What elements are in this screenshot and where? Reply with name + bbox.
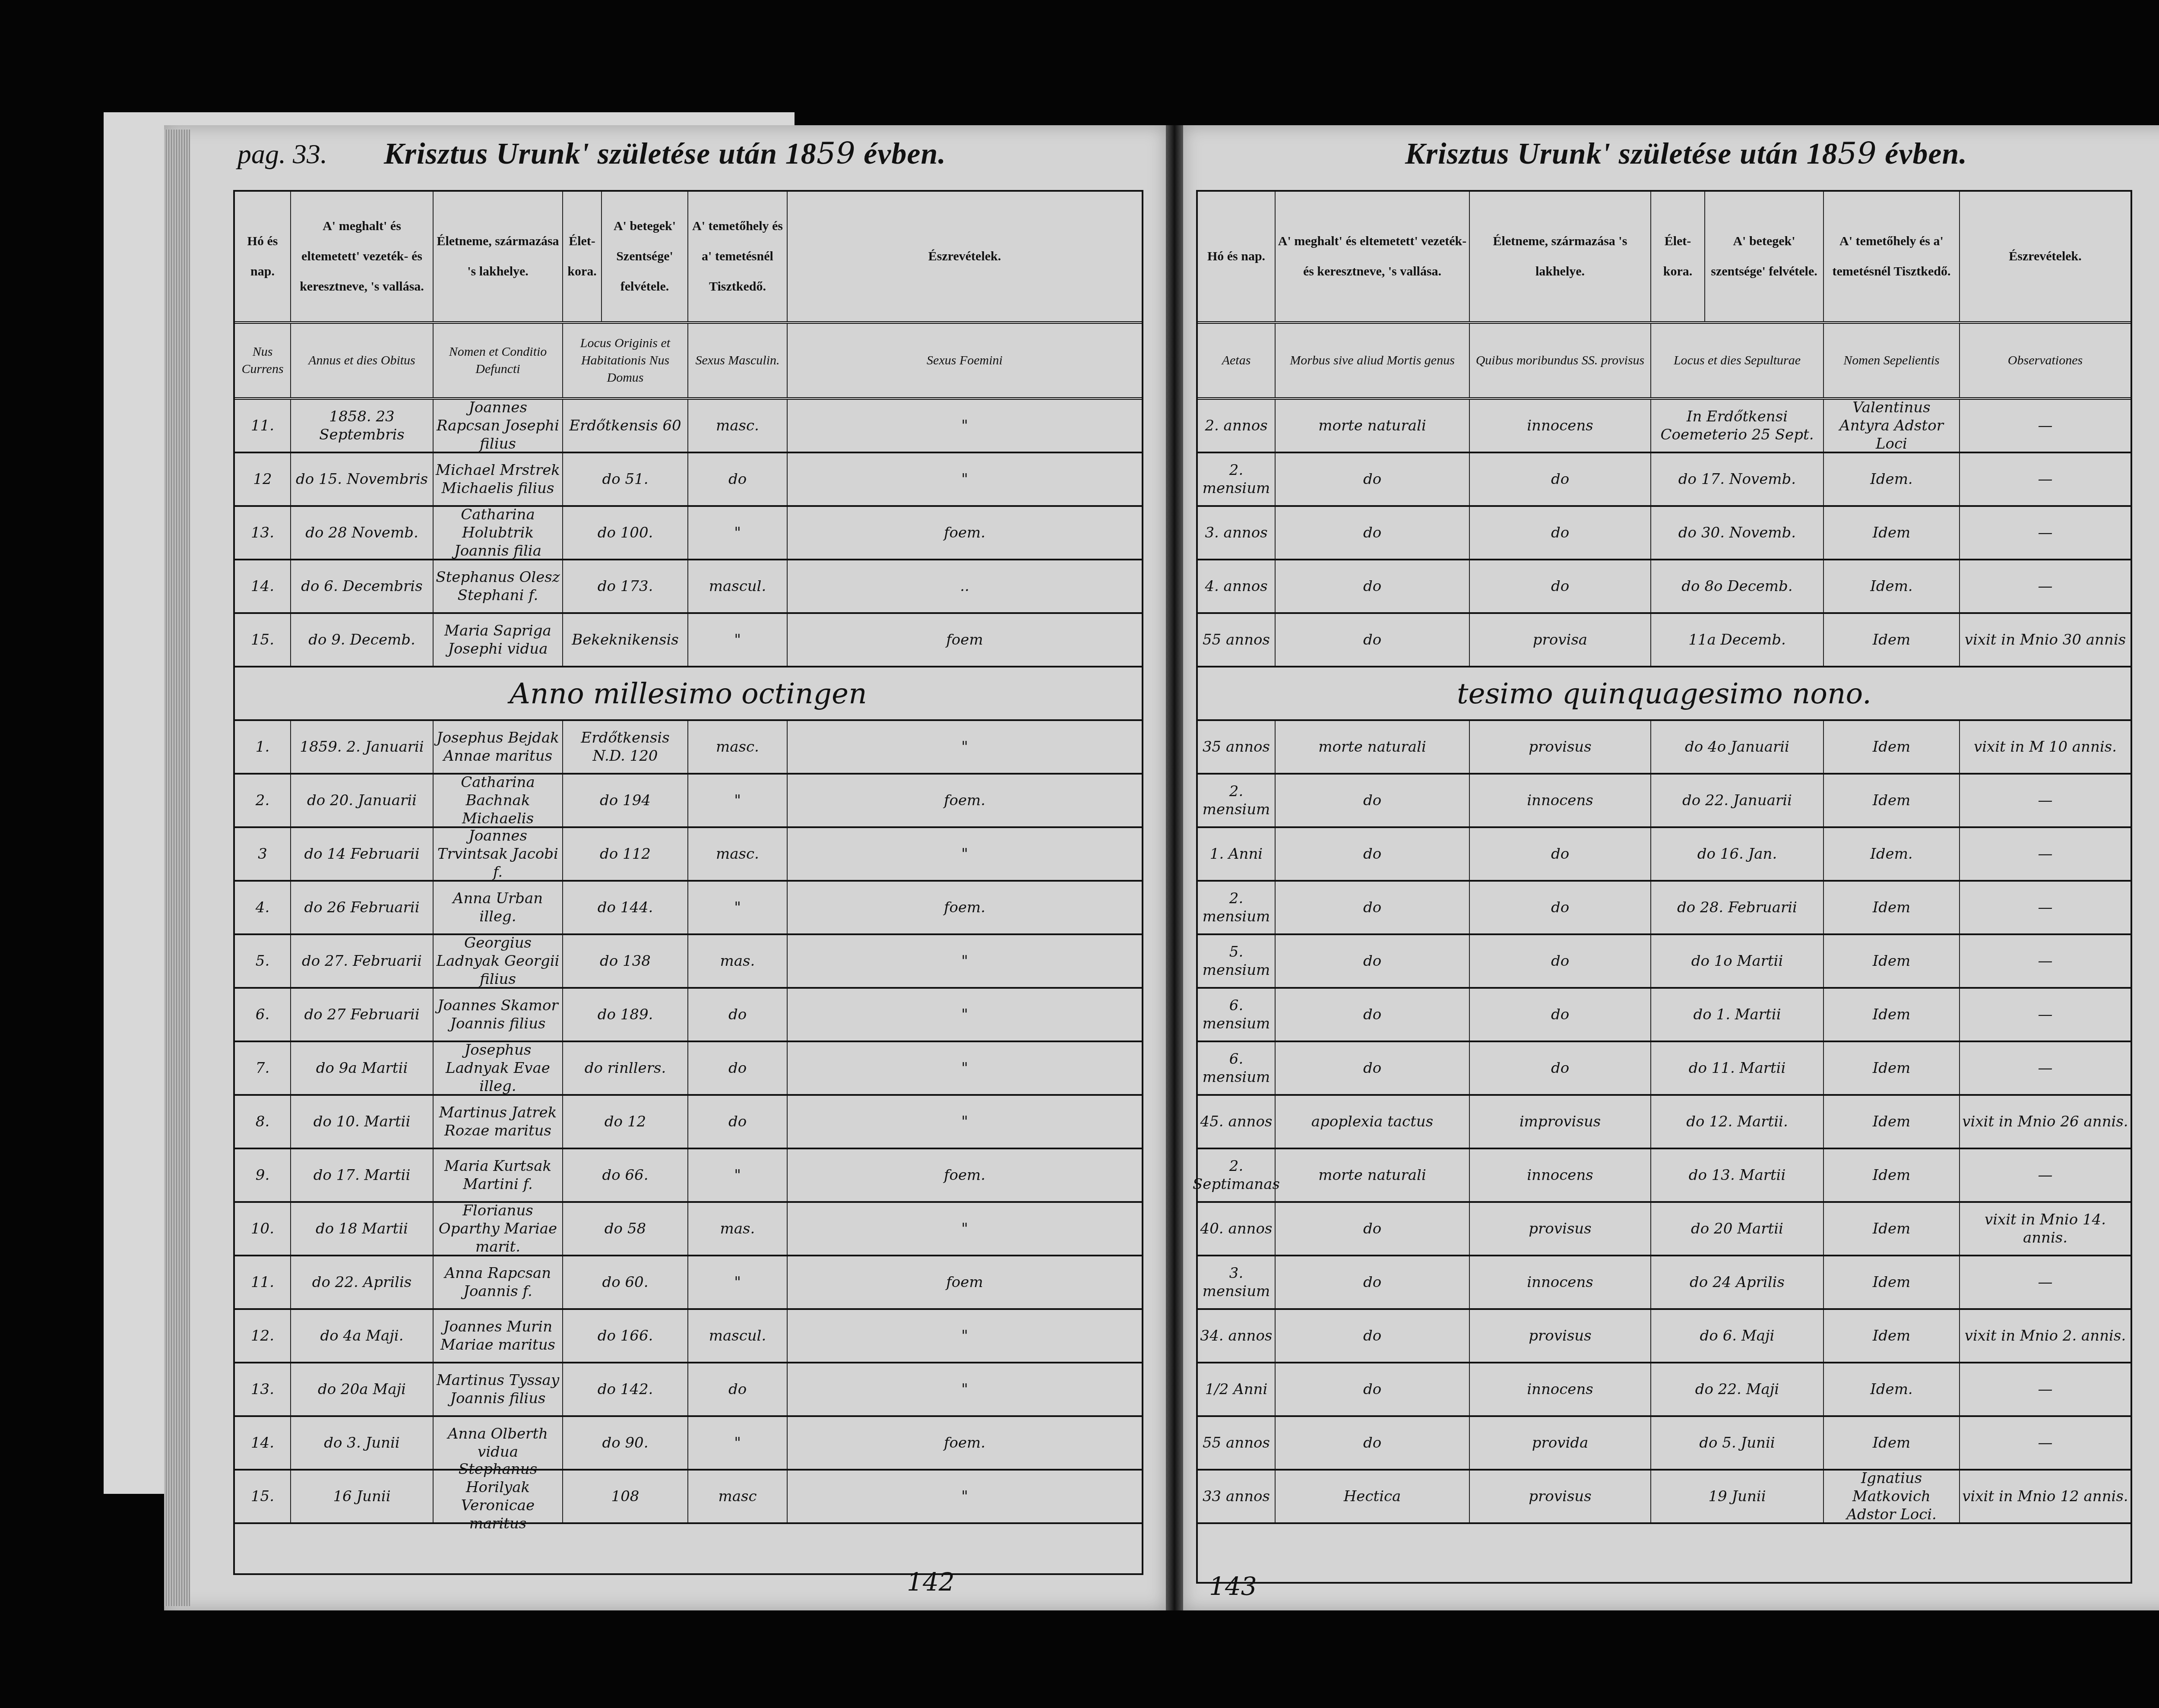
table-row: 13.do 28 Novemb.Catharina Holubtrik Joan… <box>235 507 1142 560</box>
cell-burial: do 20 Martii <box>1651 1203 1824 1255</box>
cell-age: 34. annos <box>1198 1310 1276 1362</box>
cell-priest: Idem. <box>1824 828 1960 880</box>
cell-masc: do <box>688 1096 788 1148</box>
cell-burial: do 17. Novemb. <box>1651 453 1824 505</box>
cell-loc: do 112 <box>563 828 688 880</box>
header-cell: Észrevételek. <box>788 192 1142 321</box>
cell-no: 10. <box>235 1203 291 1255</box>
cell-prov: do <box>1470 935 1651 987</box>
cell-masc: masc. <box>688 721 788 773</box>
cell-priest: Idem <box>1824 507 1960 559</box>
cell-priest: Idem <box>1824 1417 1960 1469</box>
cell-masc: masc. <box>688 400 788 452</box>
cell-no: 12. <box>235 1310 291 1362</box>
cell-priest: Idem <box>1824 989 1960 1041</box>
cell-masc: masc. <box>688 828 788 880</box>
cell-date: do 9. Decemb. <box>291 614 434 666</box>
cell-date: do 9a Martii <box>291 1042 434 1094</box>
cell-prov: do <box>1470 453 1651 505</box>
cell-name: Stephanus Horilyak Veronicae maritus <box>434 1471 563 1522</box>
cell-prov: innocens <box>1470 1149 1651 1201</box>
cell-fem: " <box>788 400 1142 452</box>
right-page: 79 Krisztus Urunk' születése után 1859 é… <box>1183 125 2159 1610</box>
header-cell: Észrevételek. <box>1960 192 2131 321</box>
cell-no: 6. <box>235 989 291 1041</box>
table-row: 1. Annidododo 16. Jan.Idem.— <box>1198 828 2131 882</box>
cell-burial: 11a Decemb. <box>1651 614 1824 666</box>
cell-cause: do <box>1276 507 1470 559</box>
cell-no: 9. <box>235 1149 291 1201</box>
cell-masc: do <box>688 989 788 1041</box>
table-row: 15.16 JuniiStephanus Horilyak Veronicae … <box>235 1471 1142 1524</box>
latin-header-cell: Locus Originis et Habitationis Nus Domus <box>563 324 688 397</box>
cell-date: do 27. Februarii <box>291 935 434 987</box>
cell-date: do 10. Martii <box>291 1096 434 1148</box>
cell-cause: do <box>1276 775 1470 826</box>
cell-masc: do <box>688 1363 788 1415</box>
cell-prov: do <box>1470 507 1651 559</box>
cell-masc: mas. <box>688 1203 788 1255</box>
cell-burial: In Erdőtkensi Coemeterio 25 Sept. <box>1651 400 1824 452</box>
cell-cause: Hectica <box>1276 1471 1470 1522</box>
cell-priest: Idem. <box>1824 1363 1960 1415</box>
cell-cause: apoplexia tactus <box>1276 1096 1470 1148</box>
cell-date: do 18 Martii <box>291 1203 434 1255</box>
title-year: 59 <box>1838 136 1877 171</box>
table-row: 6. mensiumdododo 11. MartiiIdem— <box>1198 1042 2131 1096</box>
table-row: 10.do 18 MartiiFlorianus Oparthy Mariae … <box>235 1203 1142 1256</box>
table-row: 13.do 20a MajiMartinus Tyssay Joannis fi… <box>235 1363 1142 1417</box>
cell-priest: Idem <box>1824 1256 1960 1308</box>
latin-header-cell: Nomen Sepelientis <box>1824 324 1960 397</box>
cell-cause: do <box>1276 828 1470 880</box>
cell-obs: — <box>1960 828 2131 880</box>
cell-prov: do <box>1470 1042 1651 1094</box>
cell-obs: vixit in Mnio 2. annis. <box>1960 1310 2131 1362</box>
folio-number: 143 <box>1209 1572 1257 1601</box>
latin-header-cell: Quibus moribundus SS. provisus <box>1470 324 1651 397</box>
cell-burial: do 4o Januarii <box>1651 721 1824 773</box>
printed-header-row: Hó és nap. A' meghalt' és eltemetett' ve… <box>235 192 1142 324</box>
header-cell: Életneme, származása 's lakhelye. <box>1470 192 1651 321</box>
cell-burial: do 28. Februarii <box>1651 882 1824 933</box>
cell-name: Joannes Trvintsak Jacobi f. <box>434 828 563 880</box>
cell-age: 2. mensium <box>1198 453 1276 505</box>
header-cell: A' meghalt' és eltemetett' vezeték- és k… <box>291 192 434 321</box>
cell-cause: do <box>1276 989 1470 1041</box>
cell-cause: do <box>1276 1417 1470 1469</box>
cell-age: 45. annos <box>1198 1096 1276 1148</box>
table-row: 2. mensiumdododo 28. FebruariiIdem— <box>1198 882 2131 935</box>
header-cell: A' betegek' szentsége' felvétele. <box>1705 192 1824 321</box>
header-cell: A' temetőhely és a' temetésnél Tisztkedő… <box>688 192 788 321</box>
cell-obs: — <box>1960 453 2131 505</box>
cell-prov: improvisus <box>1470 1096 1651 1148</box>
table-row: 40. annosdoprovisusdo 20 MartiiIdemvixit… <box>1198 1203 2131 1256</box>
table-row: 12do 15. NovembrisMichael Mrstrek Michae… <box>235 453 1142 507</box>
cell-name: Catharina Bachnak Michaelis <box>434 775 563 826</box>
cell-name: Josephus Ladnyak Evae illeg. <box>434 1042 563 1094</box>
cell-loc: do 60. <box>563 1256 688 1308</box>
cell-no: 13. <box>235 1363 291 1415</box>
cell-obs: vixit in Mnio 30 annis <box>1960 614 2131 666</box>
cell-name: Catharina Holubtrik Joannis filia <box>434 507 563 559</box>
rows-1858: 11.1858. 23 SeptembrisJoannes Rapcsan Jo… <box>235 400 1142 667</box>
title-text: Krisztus Urunk' születése után 18 <box>1405 137 1838 171</box>
cell-masc: do <box>688 1042 788 1094</box>
cell-prov: innocens <box>1470 400 1651 452</box>
rows-1858: 2. annosmorte naturaliinnocensIn Erdőtke… <box>1198 400 2131 667</box>
cell-loc: do 189. <box>563 989 688 1041</box>
page-title: Krisztus Urunk' születése után 1859 évbe… <box>164 136 1166 171</box>
cell-date: do 4a Maji. <box>291 1310 434 1362</box>
latin-header-cell: Aetas <box>1198 324 1276 397</box>
cell-no: 12 <box>235 453 291 505</box>
cell-loc: do 51. <box>563 453 688 505</box>
cell-prov: do <box>1470 882 1651 933</box>
table-row: 11.do 22. AprilisAnna Rapcsan Joannis f.… <box>235 1256 1142 1310</box>
cell-date: 1859. 2. Januarii <box>291 721 434 773</box>
cell-cause: do <box>1276 1310 1470 1362</box>
cell-priest: Ignatius Matkovich Adstor Loci. <box>1824 1471 1960 1522</box>
cell-obs: — <box>1960 1417 2131 1469</box>
cell-no: 4. <box>235 882 291 933</box>
latin-header-row: Aetas Morbus sive aliud Mortis genus Qui… <box>1198 324 2131 400</box>
table-row: 3do 14 FebruariiJoannes Trvintsak Jacobi… <box>235 828 1142 882</box>
cell-burial: do 11. Martii <box>1651 1042 1824 1094</box>
cell-priest: Idem <box>1824 1042 1960 1094</box>
cell-masc: " <box>688 614 788 666</box>
cell-date: do 20. Januarii <box>291 775 434 826</box>
cell-prov: provida <box>1470 1417 1651 1469</box>
table-row: 12.do 4a Maji.Joannes Murin Mariae marit… <box>235 1310 1142 1363</box>
cell-burial: do 22. Maji <box>1651 1363 1824 1415</box>
cell-fem: " <box>788 1471 1142 1522</box>
cell-age: 3. annos <box>1198 507 1276 559</box>
cell-obs: — <box>1960 882 2131 933</box>
cell-age: 5. mensium <box>1198 935 1276 987</box>
cell-no: 14. <box>235 560 291 612</box>
cell-no: 3 <box>235 828 291 880</box>
cell-loc: do 90. <box>563 1417 688 1469</box>
folio-number: 142 <box>907 1567 955 1597</box>
cell-obs: — <box>1960 400 2131 452</box>
table-row: 5.do 27. FebruariiGeorgius Ladnyak Georg… <box>235 935 1142 989</box>
table-row: 14.do 6. DecembrisStephanus Olesz Stepha… <box>235 560 1142 614</box>
table-row: 33 annosHecticaprovisus19 JuniiIgnatius … <box>1198 1471 2131 1524</box>
cell-date: do 20a Maji <box>291 1363 434 1415</box>
cell-date: 16 Junii <box>291 1471 434 1522</box>
latin-header-cell: Annus et dies Obitus <box>291 324 434 397</box>
cell-obs: vixit in Mnio 14. annis. <box>1960 1203 2131 1255</box>
cell-age: 40. annos <box>1198 1203 1276 1255</box>
cell-age: 2. mensium <box>1198 882 1276 933</box>
cell-loc: 108 <box>563 1471 688 1522</box>
cell-cause: do <box>1276 1363 1470 1415</box>
cell-burial: do 6. Maji <box>1651 1310 1824 1362</box>
cell-obs: — <box>1960 560 2131 612</box>
cell-loc: Erdőtkensis N.D. 120 <box>563 721 688 773</box>
cell-prov: provisus <box>1470 721 1651 773</box>
cell-masc: masc <box>688 1471 788 1522</box>
cell-cause: do <box>1276 935 1470 987</box>
cell-no: 14. <box>235 1417 291 1469</box>
table-row: 6.do 27 FebruariiJoannes Skamor Joannis … <box>235 989 1142 1042</box>
cell-name: Joannes Rapcsan Josephi filius <box>434 400 563 452</box>
cell-cause: do <box>1276 1256 1470 1308</box>
cell-date: do 26 Februarii <box>291 882 434 933</box>
cell-date: 1858. 23 Septembris <box>291 400 434 452</box>
latin-header-cell: Locus et dies Sepulturae <box>1651 324 1824 397</box>
cell-fem: foem. <box>788 1149 1142 1201</box>
cell-fem: foem. <box>788 1417 1142 1469</box>
cell-loc: do rinllers. <box>563 1042 688 1094</box>
latin-header-cell: Sexus Masculin. <box>688 324 788 397</box>
cell-loc: Bekeknikensis <box>563 614 688 666</box>
cell-prov: do <box>1470 560 1651 612</box>
cell-no: 15. <box>235 614 291 666</box>
title-suffix: évben. <box>1877 137 1967 171</box>
title-year: 59 <box>817 136 856 171</box>
cell-age: 55 annos <box>1198 614 1276 666</box>
cell-fem: " <box>788 1203 1142 1255</box>
cell-name: Joannes Skamor Joannis filius <box>434 989 563 1041</box>
cell-obs: — <box>1960 1363 2131 1415</box>
cell-name: Josephus Bejdak Annae maritus <box>434 721 563 773</box>
cell-date: do 3. Junii <box>291 1417 434 1469</box>
table-row: 8.do 10. MartiiMartinus Jatrek Rozae mar… <box>235 1096 1142 1149</box>
latin-header-cell: Nomen et Conditio Defuncti <box>434 324 563 397</box>
table-row: 4.do 26 FebruariiAnna Urban illeg.do 144… <box>235 882 1142 935</box>
cell-cause: do <box>1276 614 1470 666</box>
cell-date: do 15. Novembris <box>291 453 434 505</box>
cell-no: 2. <box>235 775 291 826</box>
cell-priest: Idem <box>1824 614 1960 666</box>
cell-prov: do <box>1470 828 1651 880</box>
table-row: 11.1858. 23 SeptembrisJoannes Rapcsan Jo… <box>235 400 1142 453</box>
cell-cause: morte naturali <box>1276 721 1470 773</box>
cell-obs: — <box>1960 1042 2131 1094</box>
cell-obs: — <box>1960 507 2131 559</box>
cell-prov: provisa <box>1470 614 1651 666</box>
left-page: pag. 33. Krisztus Urunk' születése után … <box>164 125 1166 1610</box>
table-row: 2. mensiumdoinnocensdo 22. JanuariiIdem— <box>1198 775 2131 828</box>
table-row: 1/2 Annidoinnocensdo 22. MajiIdem.— <box>1198 1363 2131 1417</box>
cell-age: 1/2 Anni <box>1198 1363 1276 1415</box>
latin-header-cell: Observationes <box>1960 324 2131 397</box>
cell-fem: foem <box>788 1256 1142 1308</box>
header-cell: Életneme, származása 's lakhelye. <box>434 192 563 321</box>
cell-obs: — <box>1960 1256 2131 1308</box>
table-row: 2. mensiumdododo 17. Novemb.Idem.— <box>1198 453 2131 507</box>
cell-cause: do <box>1276 560 1470 612</box>
cell-burial: do 12. Martii. <box>1651 1096 1824 1148</box>
cell-masc: do <box>688 453 788 505</box>
cell-loc: do 173. <box>563 560 688 612</box>
cell-fem: " <box>788 828 1142 880</box>
table-row: 6. mensiumdododo 1. MartiiIdem— <box>1198 989 2131 1042</box>
cell-name: Joannes Murin Mariae maritus <box>434 1310 563 1362</box>
register-spread: pag. 33. Krisztus Urunk' születése után … <box>164 125 2159 1610</box>
cell-cause: do <box>1276 1203 1470 1255</box>
cell-fem: foem <box>788 614 1142 666</box>
table-row: 3. mensiumdoinnocensdo 24 AprilisIdem— <box>1198 1256 2131 1310</box>
table-row: 55 annosdoprovidado 5. JuniiIdem— <box>1198 1417 2131 1471</box>
cell-masc: " <box>688 1149 788 1201</box>
cell-burial: do 8o Decemb. <box>1651 560 1824 612</box>
cell-cause: do <box>1276 453 1470 505</box>
cell-no: 8. <box>235 1096 291 1148</box>
latin-header-cell: Sexus Foemini <box>788 324 1142 397</box>
cell-burial: do 22. Januarii <box>1651 775 1824 826</box>
cell-burial: do 1o Martii <box>1651 935 1824 987</box>
table-row: 3. annosdododo 30. Novemb.Idem— <box>1198 507 2131 560</box>
cell-fem: " <box>788 1310 1142 1362</box>
cell-prov: innocens <box>1470 1363 1651 1415</box>
cell-fem: foem. <box>788 775 1142 826</box>
cell-age: 2. mensium <box>1198 775 1276 826</box>
cell-name: Anna Rapcsan Joannis f. <box>434 1256 563 1308</box>
cell-priest: Idem <box>1824 721 1960 773</box>
cell-no: 7. <box>235 1042 291 1094</box>
cell-burial: do 13. Martii <box>1651 1149 1824 1201</box>
cell-burial: do 16. Jan. <box>1651 828 1824 880</box>
table-row: 5. mensiumdododo 1o MartiiIdem— <box>1198 935 2131 989</box>
table-row: 15.do 9. Decemb.Maria Sapriga Josephi vi… <box>235 614 1142 667</box>
cell-obs: — <box>1960 935 2131 987</box>
cell-obs: vixit in Mnio 12 annis. <box>1960 1471 2131 1522</box>
printed-header-row: Hó és nap. A' meghalt' és eltemetett' ve… <box>1198 192 2131 324</box>
year-banner: Anno millesimo octingen <box>235 667 1142 721</box>
cell-burial: 19 Junii <box>1651 1471 1824 1522</box>
table-row: 45. annosapoplexia tactusimprovisusdo 12… <box>1198 1096 2131 1149</box>
cell-no: 11. <box>235 400 291 452</box>
cell-loc: do 66. <box>563 1149 688 1201</box>
cell-fem: foem. <box>788 507 1142 559</box>
cell-age: 4. annos <box>1198 560 1276 612</box>
cell-fem: " <box>788 989 1142 1041</box>
cell-cause: morte naturali <box>1276 400 1470 452</box>
cell-fem: " <box>788 453 1142 505</box>
cell-date: do 17. Martii <box>291 1149 434 1201</box>
cell-burial: do 24 Aprilis <box>1651 1256 1824 1308</box>
cell-masc: " <box>688 775 788 826</box>
cell-priest: Idem <box>1824 775 1960 826</box>
cell-priest: Valentinus Antyra Adstor Loci <box>1824 400 1960 452</box>
cell-name: Stephanus Olesz Stephani f. <box>434 560 563 612</box>
cell-fem: " <box>788 1096 1142 1148</box>
cell-masc: " <box>688 507 788 559</box>
cell-age: 6. mensium <box>1198 1042 1276 1094</box>
page-title: Krisztus Urunk' születése után 1859 évbe… <box>1183 136 2159 171</box>
cell-prov: provisus <box>1470 1203 1651 1255</box>
left-register-table: Hó és nap. A' meghalt' és eltemetett' ve… <box>233 190 1143 1575</box>
cell-age: 1. Anni <box>1198 828 1276 880</box>
cell-loc: do 58 <box>563 1203 688 1255</box>
cell-age: 33 annos <box>1198 1471 1276 1522</box>
cell-loc: do 12 <box>563 1096 688 1148</box>
table-row: 4. annosdododo 8o Decemb.Idem.— <box>1198 560 2131 614</box>
header-cell: Élet-kora. <box>1651 192 1705 321</box>
cell-no: 13. <box>235 507 291 559</box>
cell-prov: innocens <box>1470 775 1651 826</box>
cell-priest: Idem <box>1824 935 1960 987</box>
cell-loc: do 144. <box>563 882 688 933</box>
cell-name: Martinus Tyssay Joannis filius <box>434 1363 563 1415</box>
cell-masc: mas. <box>688 935 788 987</box>
table-row: 2. Septimanasmorte naturaliinnocensdo 13… <box>1198 1149 2131 1203</box>
cell-burial: do 30. Novemb. <box>1651 507 1824 559</box>
cell-fem: .. <box>788 560 1142 612</box>
latin-header-cell: Morbus sive aliud Mortis genus <box>1276 324 1470 397</box>
cell-priest: Idem <box>1824 882 1960 933</box>
cell-name: Maria Sapriga Josephi vidua <box>434 614 563 666</box>
cell-name: Anna Urban illeg. <box>434 882 563 933</box>
cell-date: do 27 Februarii <box>291 989 434 1041</box>
title-text: Krisztus Urunk' születése után 18 <box>384 137 817 171</box>
cell-cause: do <box>1276 882 1470 933</box>
cell-masc: " <box>688 1417 788 1469</box>
cell-priest: Idem <box>1824 1149 1960 1201</box>
cell-name: Martinus Jatrek Rozae maritus <box>434 1096 563 1148</box>
cell-age: 35 annos <box>1198 721 1276 773</box>
cell-date: do 14 Februarii <box>291 828 434 880</box>
cell-age: 6. mensium <box>1198 989 1276 1041</box>
cell-no: 5. <box>235 935 291 987</box>
cell-age: 55 annos <box>1198 1417 1276 1469</box>
cell-obs: — <box>1960 775 2131 826</box>
cell-name: Florianus Oparthy Mariae marit. <box>434 1203 563 1255</box>
table-row: 14.do 3. JuniiAnna Olberth viduado 90."f… <box>235 1417 1142 1471</box>
header-cell: A' temetőhely és a' temetésnél Tisztkedő… <box>1824 192 1960 321</box>
header-cell: A' meghalt' és eltemetett' vezeték- és k… <box>1276 192 1470 321</box>
cell-priest: Idem. <box>1824 453 1960 505</box>
table-row: 2.do 20. JanuariiCatharina Bachnak Micha… <box>235 775 1142 828</box>
cell-loc: do 142. <box>563 1363 688 1415</box>
cell-date: do 6. Decembris <box>291 560 434 612</box>
cell-cause: do <box>1276 1042 1470 1094</box>
latin-header-row: Nus Currens Annus et dies Obitus Nomen e… <box>235 324 1142 400</box>
cell-fem: " <box>788 935 1142 987</box>
cell-name: Georgius Ladnyak Georgii filius <box>434 935 563 987</box>
cell-fem: " <box>788 721 1142 773</box>
table-row: 9.do 17. MartiiMaria Kurtsak Martini f.d… <box>235 1149 1142 1203</box>
cell-fem: " <box>788 1363 1142 1415</box>
book-gutter <box>1166 125 1183 1610</box>
cell-masc: " <box>688 1256 788 1308</box>
cell-masc: " <box>688 882 788 933</box>
header-cell: Hó és nap. <box>235 192 291 321</box>
rows-1859: 35 annosmorte naturaliprovisusdo 4o Janu… <box>1198 721 2131 1524</box>
cell-cause: morte naturali <box>1276 1149 1470 1201</box>
cell-name: Maria Kurtsak Martini f. <box>434 1149 563 1201</box>
cell-date: do 28 Novemb. <box>291 507 434 559</box>
cell-priest: Idem <box>1824 1096 1960 1148</box>
rows-1859: 1.1859. 2. JanuariiJosephus Bejdak Annae… <box>235 721 1142 1524</box>
year-banner: tesimo quinquagesimo nono. <box>1198 667 2131 721</box>
cell-loc: Erdőtkensis 60 <box>563 400 688 452</box>
cell-loc: do 166. <box>563 1310 688 1362</box>
cell-priest: Idem <box>1824 1310 1960 1362</box>
cell-age: 2. annos <box>1198 400 1276 452</box>
cell-burial: do 1. Martii <box>1651 989 1824 1041</box>
cell-obs: — <box>1960 1149 2131 1201</box>
header-cell: A' betegek' Szentsége' felvétele. <box>602 192 688 321</box>
right-register-table: Hó és nap. A' meghalt' és eltemetett' ve… <box>1196 190 2132 1584</box>
table-row: 55 annosdoprovisa11a Decemb.Idemvixit in… <box>1198 614 2131 667</box>
cell-prov: do <box>1470 989 1651 1041</box>
cell-age: 2. Septimanas <box>1198 1149 1276 1201</box>
